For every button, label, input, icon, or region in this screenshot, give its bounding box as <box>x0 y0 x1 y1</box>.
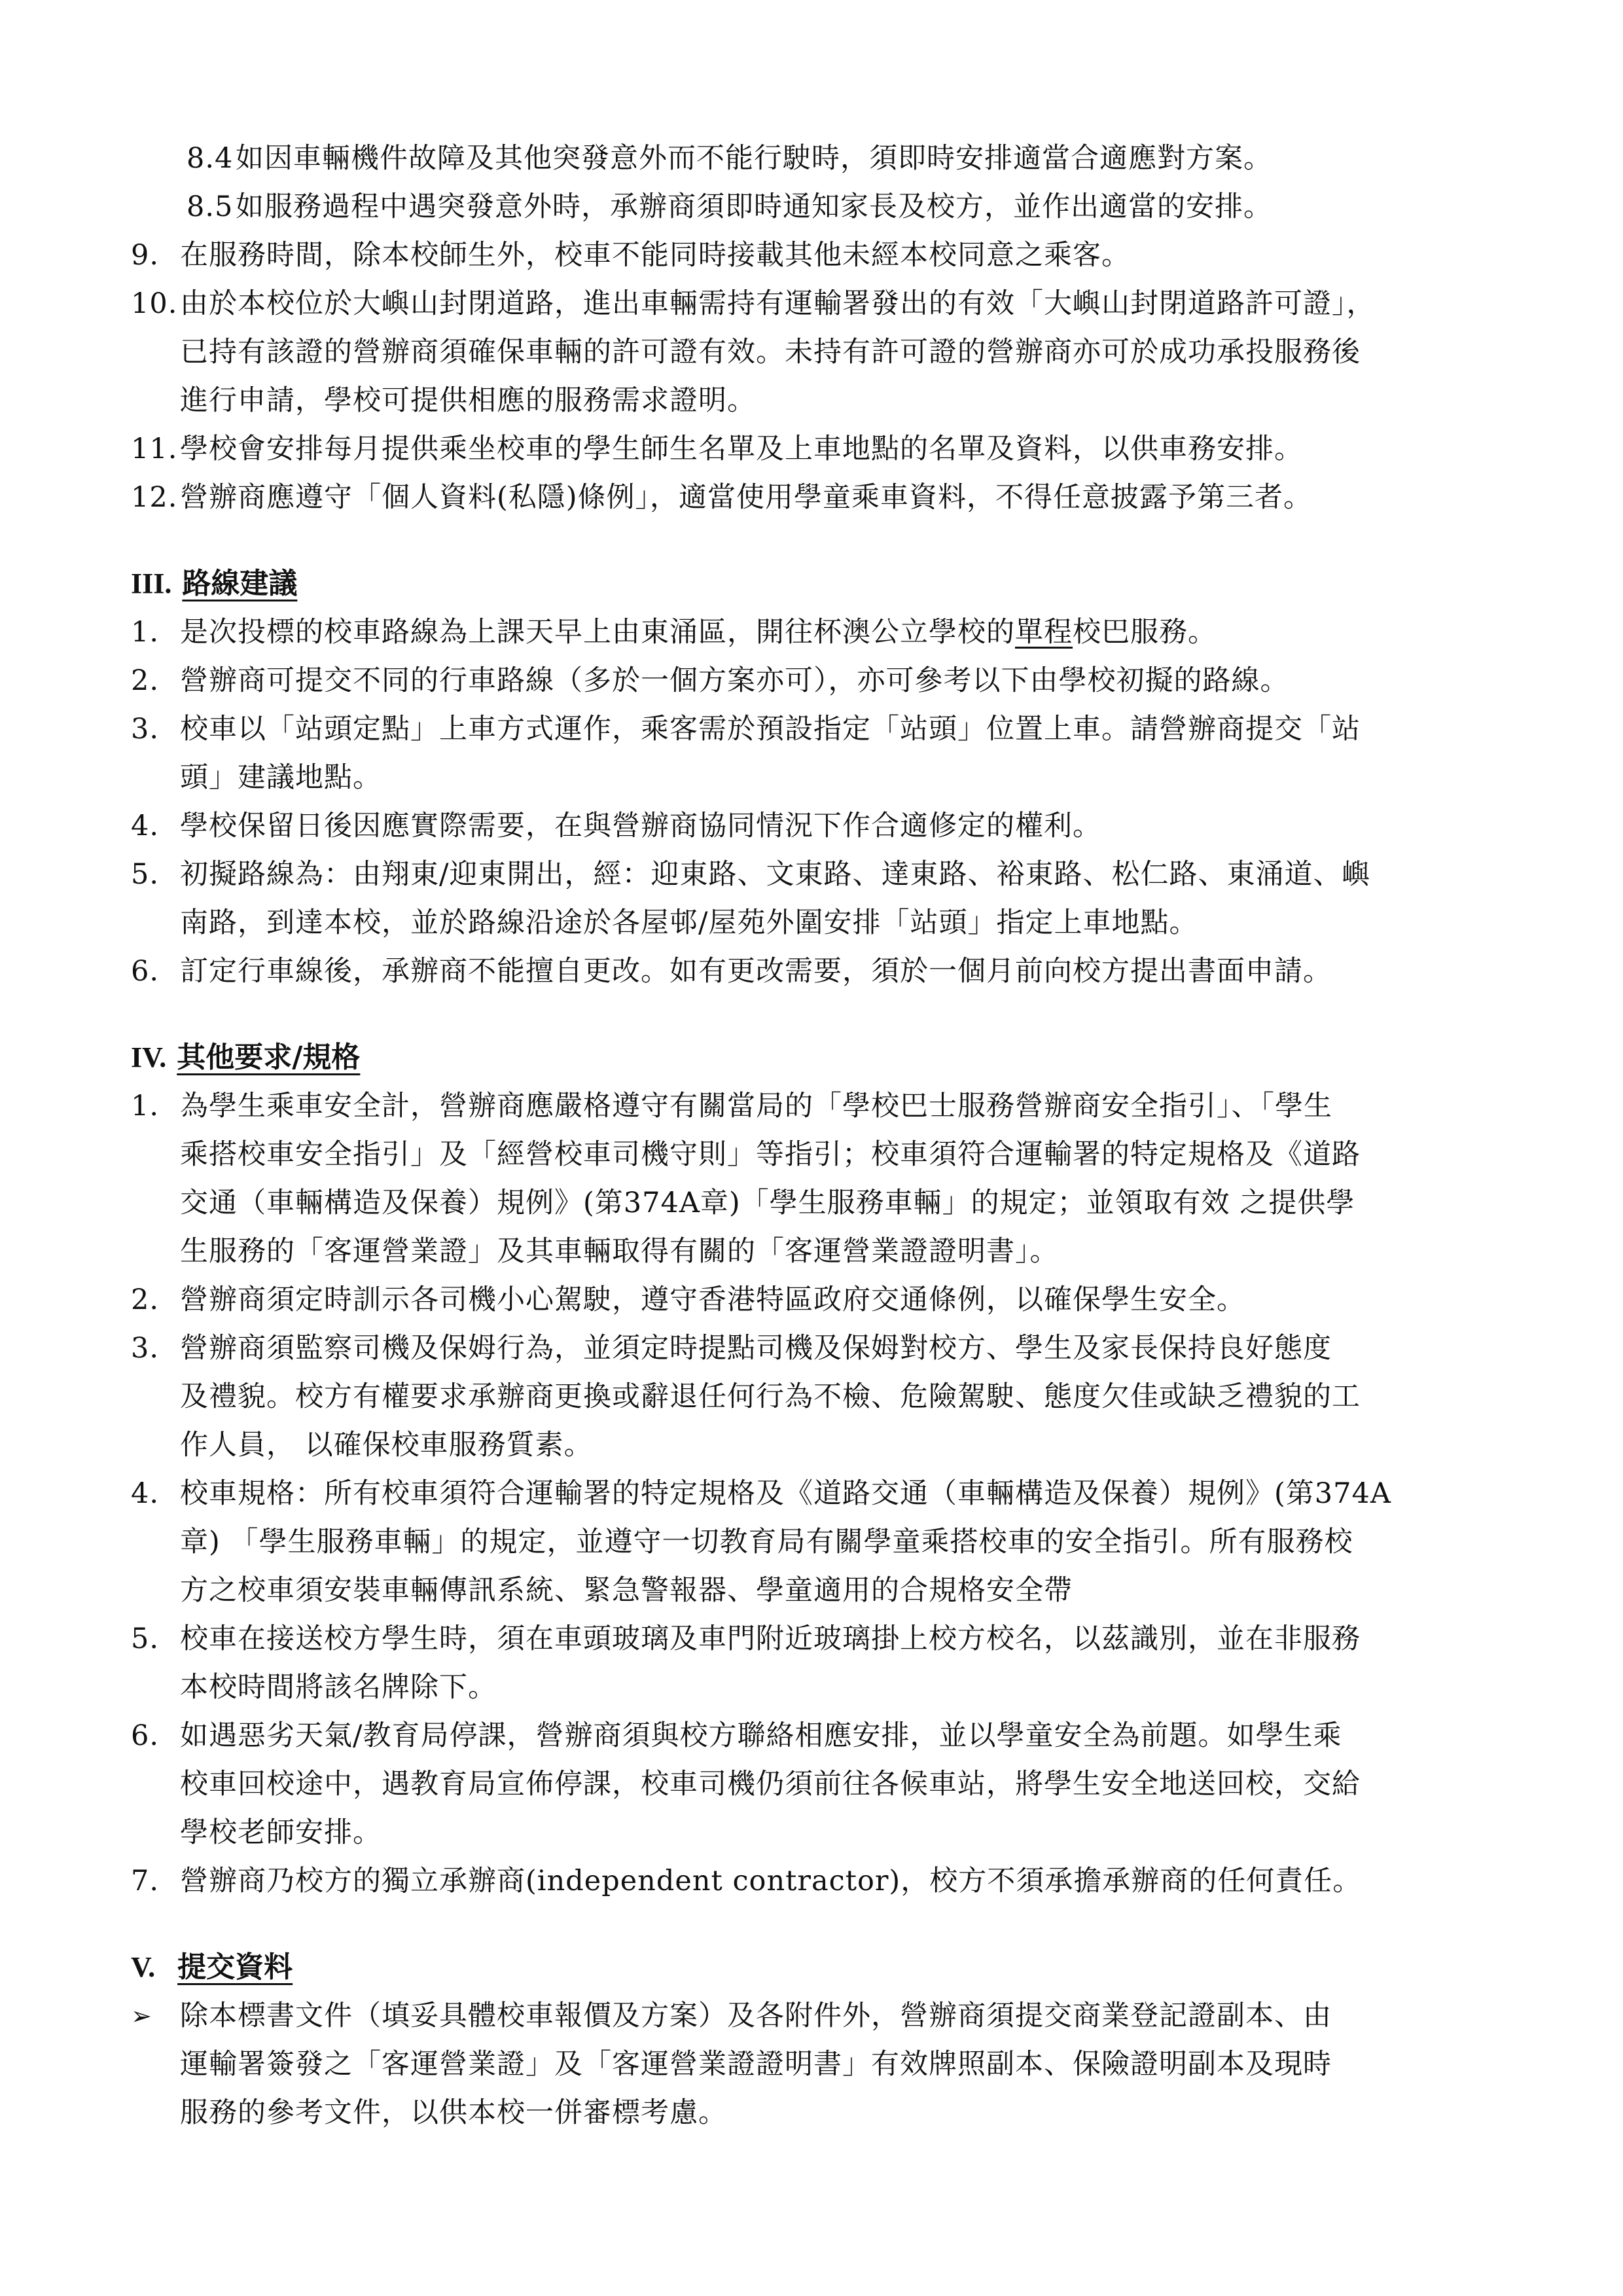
item-text: 在服務時間，除本校師生外，校車不能同時接載其他未經本校同意之乘客。 <box>180 231 1130 279</box>
list-item-9: 9. 在服務時間，除本校師生外，校車不能同時接載其他未經本校同意之乘客。 <box>131 231 1499 279</box>
list-item-8-5: 8.5 如服務過程中遇突發意外時，承辦商須即時通知家長及校方，並作出適當的安排。 <box>131 183 1499 231</box>
item-text: 營辦商須定時訓示各司機小心駕駛，遵守香港特區政府交通條例，以確保學生安全。 <box>180 1276 1245 1324</box>
document-page: 8.4 如因車輛機件故障及其他突發意外而不能行駛時，須即時安排適當合適應對方案。… <box>0 0 1623 2296</box>
item-text: 營辦商應遵守「個人資料(私隱)條例」，適當使用學童乘車資料，不得任意披露予第三者… <box>180 473 1312 522</box>
item-number: 8.4 <box>187 134 236 183</box>
list-item-IV-2: 2. 營辦商須定時訓示各司機小心駕駛，遵守香港特區政府交通條例，以確保學生安全。 <box>131 1276 1499 1324</box>
item-text: 如遇惡劣天氣/教育局停課，營辦商須與校方聯絡相應安排，並以學童安全為前題。如學生… <box>180 1712 1342 1760</box>
item-number: 6. <box>131 947 180 996</box>
section-title: 其他要求/規格 <box>177 1033 360 1082</box>
item-text-continued: 運輸署簽發之「客運營業證」及「客運營業證證明書」有效牌照副本、保險證明副本及現時 <box>131 2040 1499 2089</box>
item-number: 6. <box>131 1712 180 1760</box>
list-item-IV-1: 1. 為學生乘車安全計，營辦商應嚴格遵守有關當局的「學校巴士服務營辦商安全指引」… <box>131 1082 1499 1130</box>
item-text: 訂定行車線後，承辦商不能擅自更改。如有更改需要，須於一個月前向校方提出書面申請。 <box>180 947 1332 996</box>
item-text-pre: 是次投標的校車路線為上課天早上由東涌區，開往杯澳公立學校的 <box>180 616 1015 649</box>
item-text-continued: 頭」建議地點。 <box>131 753 1499 802</box>
item-text-continued: 乘搭校車安全指引」及「經營校車司機守則」等指引；校車須符合運輸署的特定規格及《道… <box>131 1130 1499 1179</box>
item-text: 校車在接送校方學生時，須在車頭玻璃及車門附近玻璃掛上校方校名，以茲識別，並在非服… <box>180 1615 1361 1663</box>
item-text-continued: 方之校車須安裝車輛傳訊系統、緊急警報器、學童適用的合規格安全帶 <box>131 1566 1499 1615</box>
list-item-III-6: 6. 訂定行車線後，承辦商不能擅自更改。如有更改需要，須於一個月前向校方提出書面… <box>131 947 1499 996</box>
item-number: 2. <box>131 1276 180 1324</box>
item-number: 5. <box>131 1615 180 1663</box>
bullet-item-submission: ➢ 除本標書文件（填妥具體校車報價及方案）及各附件外，營辦商須提交商業登記證副本… <box>131 1992 1499 2040</box>
item-text: 如因車輛機件故障及其他突發意外而不能行駛時，須即時安排適當合適應對方案。 <box>236 134 1272 183</box>
item-text: 學校保留日後因應實際需要，在與營辦商協同情況下作合適修定的權利。 <box>180 802 1101 850</box>
item-text: 是次投標的校車路線為上課天早上由東涌區，開往杯澳公立學校的單程校巴服務。 <box>180 608 1217 656</box>
item-number: 4. <box>131 802 180 850</box>
item-number: 5. <box>131 850 180 899</box>
item-number: 1. <box>131 1082 180 1130</box>
item-text: 為學生乘車安全計，營辦商應嚴格遵守有關當局的「學校巴士服務營辦商安全指引」、「學… <box>180 1082 1332 1130</box>
item-text-continued: 本校時間將該名牌除下。 <box>131 1663 1499 1712</box>
item-text: 校車規格：所有校車須符合運輸署的特定規格及《道路交通（車輛構造及保養）規例》(第… <box>180 1469 1391 1518</box>
item-text-continued: 交通（車輛構造及保養）規例》(第374A章)「學生服務車輛」的規定；並領取有效 … <box>131 1179 1499 1227</box>
list-item-10: 10. 由於本校位於大嶼山封閉道路，進出車輛需持有運輸署發出的有效「大嶼山封閉道… <box>131 279 1499 328</box>
list-item-12: 12. 營辦商應遵守「個人資料(私隱)條例」，適當使用學童乘車資料，不得任意披露… <box>131 473 1499 522</box>
list-item-IV-6: 6. 如遇惡劣天氣/教育局停課，營辦商須與校方聯絡相應安排，並以學童安全為前題。… <box>131 1712 1499 1760</box>
item-text: 由於本校位於大嶼山封閉道路，進出車輛需持有運輸署發出的有效「大嶼山封閉道路許可證… <box>180 279 1376 328</box>
section-number: V. <box>131 1943 155 1992</box>
item-text: 如服務過程中遇突發意外時，承辦商須即時通知家長及校方，並作出適當的安排。 <box>236 183 1272 231</box>
item-number: 12. <box>131 473 180 522</box>
list-item-III-3: 3. 校車以「站頭定點」上車方式運作，乘客需於預設指定「站頭」位置上車。請營辦商… <box>131 705 1499 753</box>
item-text-continued: 服務的參考文件，以供本校一併審標考慮。 <box>131 2089 1499 2137</box>
list-item-III-2: 2. 營辦商可提交不同的行車路線（多於一個方案亦可），亦可參考以下由學校初擬的路… <box>131 656 1499 705</box>
section-title: 路線建議 <box>182 560 297 608</box>
item-text: 營辦商須監察司機及保姆行為，並須定時提點司機及保姆對校方、學生及家長保持良好態度 <box>180 1324 1332 1372</box>
section-heading-submission: V. 提交資料 <box>131 1943 1499 1992</box>
list-item-III-5: 5. 初擬路線為：由翔東/迎東開出，經：迎東路、文東路、達東路、裕東路、松仁路、… <box>131 850 1499 899</box>
list-item-IV-3: 3. 營辦商須監察司機及保姆行為，並須定時提點司機及保姆對校方、學生及家長保持良… <box>131 1324 1499 1372</box>
item-number: 9. <box>131 231 180 279</box>
item-text: 營辦商乃校方的獨立承辦商(independent contractor)，校方不… <box>180 1857 1361 1905</box>
arrow-bullet-icon: ➢ <box>131 1992 180 2040</box>
underlined-term: 單程 <box>1015 616 1073 649</box>
section-heading-route: III. 路線建議 <box>131 560 1499 608</box>
item-text-continued: 作人員， 以確保校車服務質素。 <box>131 1421 1499 1469</box>
item-text: 學校會安排每月提供乘坐校車的學生師生名單及上車地點的名單及資料，以供車務安排。 <box>180 425 1303 473</box>
list-item-IV-7: 7. 營辦商乃校方的獨立承辦商(independent contractor)，… <box>131 1857 1499 1905</box>
item-text-continued: 校車回校途中，遇教育局宣佈停課，校車司機仍須前往各候車站，將學生安全地送回校，交… <box>131 1760 1499 1808</box>
item-number: 4. <box>131 1469 180 1518</box>
list-item-11: 11. 學校會安排每月提供乘坐校車的學生師生名單及上車地點的名單及資料，以供車務… <box>131 425 1499 473</box>
list-item-IV-5: 5. 校車在接送校方學生時，須在車頭玻璃及車門附近玻璃掛上校方校名，以茲識別，並… <box>131 1615 1499 1663</box>
item-number: 2. <box>131 656 180 705</box>
item-text-continued: 進行申請，學校可提供相應的服務需求證明。 <box>131 376 1499 425</box>
item-number: 1. <box>131 608 180 656</box>
item-text-continued: 已持有該證的營辦商須確保車輛的許可證有效。未持有許可證的營辦商亦可於成功承投服務… <box>131 328 1499 376</box>
item-text-continued: 學校老師安排。 <box>131 1808 1499 1857</box>
item-number: 8.5 <box>187 183 236 231</box>
item-number: 7. <box>131 1857 180 1905</box>
item-text-continued: 章) 「學生服務車輛」的規定，並遵守一切教育局有關學童乘搭校車的安全指引。所有服… <box>131 1518 1499 1566</box>
item-text: 校車以「站頭定點」上車方式運作，乘客需於預設指定「站頭」位置上車。請營辦商提交「… <box>180 705 1361 753</box>
section-heading-other-requirements: IV. 其他要求/規格 <box>131 1033 1499 1082</box>
section-number: III. <box>131 560 171 608</box>
item-number: 3. <box>131 705 180 753</box>
item-text: 除本標書文件（填妥具體校車報價及方案）及各附件外，營辦商須提交商業登記證副本、由 <box>180 1992 1332 2040</box>
section-number: IV. <box>131 1033 166 1082</box>
item-text: 初擬路線為：由翔東/迎東開出，經：迎東路、文東路、達東路、裕東路、松仁路、東涌道… <box>180 850 1371 899</box>
item-text-post: 校巴服務。 <box>1073 616 1217 649</box>
item-text-continued: 及禮貌。校方有權要求承辦商更換或辭退任何行為不檢、危險駕駛、態度欠佳或缺乏禮貌的… <box>131 1372 1499 1421</box>
item-text: 營辦商可提交不同的行車路線（多於一個方案亦可），亦可參考以下由學校初擬的路線。 <box>180 656 1289 705</box>
item-number: 3. <box>131 1324 180 1372</box>
item-number: 10. <box>131 279 180 328</box>
list-item-8-4: 8.4 如因車輛機件故障及其他突發意外而不能行駛時，須即時安排適當合適應對方案。 <box>131 134 1499 183</box>
item-text-continued: 生服務的「客運營業證」及其車輛取得有關的「客運營業證證明書」。 <box>131 1227 1499 1276</box>
item-number: 11. <box>131 425 180 473</box>
document-body: 8.4 如因車輛機件故障及其他突發意外而不能行駛時，須即時安排適當合適應對方案。… <box>131 134 1499 2137</box>
section-title: 提交資料 <box>177 1943 293 1992</box>
list-item-III-4: 4. 學校保留日後因應實際需要，在與營辦商協同情況下作合適修定的權利。 <box>131 802 1499 850</box>
item-text-continued: 南路，到達本校，並於路線沿途於各屋邨/屋苑外圍安排「站頭」指定上車地點。 <box>131 899 1499 947</box>
list-item-IV-4: 4. 校車規格：所有校車須符合運輸署的特定規格及《道路交通（車輛構造及保養）規例… <box>131 1469 1499 1518</box>
list-item-III-1: 1. 是次投標的校車路線為上課天早上由東涌區，開往杯澳公立學校的單程校巴服務。 <box>131 608 1499 656</box>
